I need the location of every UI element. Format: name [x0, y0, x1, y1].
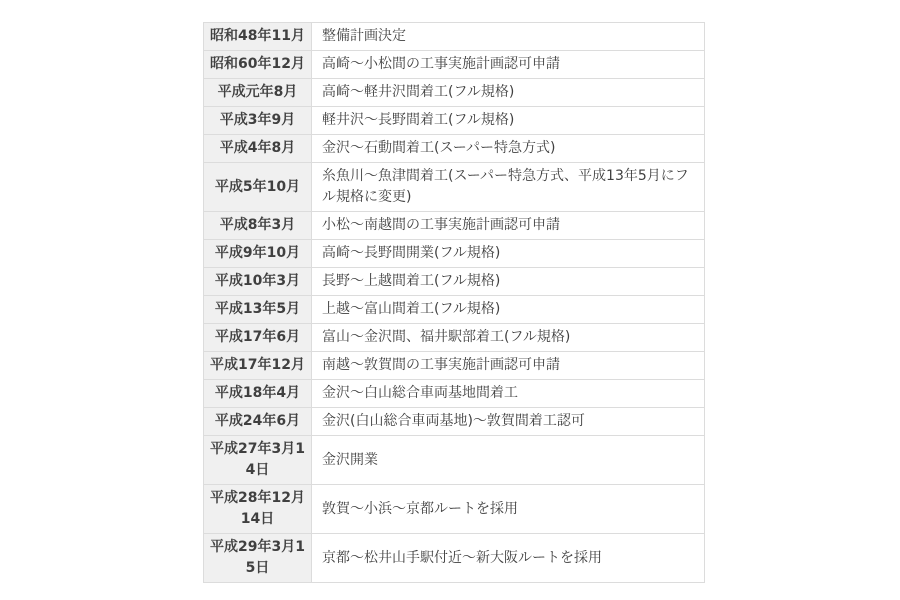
event-cell: 富山〜金沢間、福井駅部着工(フル規格) — [312, 324, 705, 352]
date-cell: 平成27年3月14日 — [204, 436, 312, 485]
date-cell: 平成18年4月 — [204, 380, 312, 408]
event-cell: 敦賀〜小浜〜京都ルートを採用 — [312, 485, 705, 534]
table-row: 平成17年6月 富山〜金沢間、福井駅部着工(フル規格) — [204, 324, 705, 352]
table-row: 平成29年3月15日 京都〜松井山手駅付近〜新大阪ルートを採用 — [204, 534, 705, 583]
table-row: 平成4年8月 金沢〜石動間着工(スーパー特急方式) — [204, 135, 705, 163]
event-cell: 高崎〜軽井沢間着工(フル規格) — [312, 79, 705, 107]
table-row: 平成3年9月 軽井沢〜長野間着工(フル規格) — [204, 107, 705, 135]
event-cell: 軽井沢〜長野間着工(フル規格) — [312, 107, 705, 135]
table-row: 平成28年12月14日 敦賀〜小浜〜京都ルートを採用 — [204, 485, 705, 534]
table-row: 昭和48年11月 整備計画決定 — [204, 23, 705, 51]
table-row: 平成5年10月 糸魚川〜魚津間着工(スーパー特急方式、平成13年5月にフル規格に… — [204, 163, 705, 212]
event-cell: 金沢〜白山総合車両基地間着工 — [312, 380, 705, 408]
event-cell: 京都〜松井山手駅付近〜新大阪ルートを採用 — [312, 534, 705, 583]
event-cell: 糸魚川〜魚津間着工(スーパー特急方式、平成13年5月にフル規格に変更) — [312, 163, 705, 212]
table-row: 平成27年3月14日 金沢開業 — [204, 436, 705, 485]
date-cell: 昭和48年11月 — [204, 23, 312, 51]
event-cell: 高崎〜長野間開業(フル規格) — [312, 240, 705, 268]
event-cell: 南越〜敦賀間の工事実施計画認可申請 — [312, 352, 705, 380]
date-cell: 平成28年12月14日 — [204, 485, 312, 534]
table-row: 平成9年10月 高崎〜長野間開業(フル規格) — [204, 240, 705, 268]
timeline-table-container: 昭和48年11月 整備計画決定 昭和60年12月 高崎〜小松間の工事実施計画認可… — [203, 22, 705, 583]
date-cell: 平成29年3月15日 — [204, 534, 312, 583]
event-cell: 金沢〜石動間着工(スーパー特急方式) — [312, 135, 705, 163]
date-cell: 平成10年3月 — [204, 268, 312, 296]
date-cell: 平成3年9月 — [204, 107, 312, 135]
table-row: 平成17年12月 南越〜敦賀間の工事実施計画認可申請 — [204, 352, 705, 380]
event-cell: 長野〜上越間着工(フル規格) — [312, 268, 705, 296]
date-cell: 平成17年12月 — [204, 352, 312, 380]
event-cell: 小松〜南越間の工事実施計画認可申請 — [312, 212, 705, 240]
date-cell: 平成17年6月 — [204, 324, 312, 352]
table-row: 平成10年3月 長野〜上越間着工(フル規格) — [204, 268, 705, 296]
table-row: 平成18年4月 金沢〜白山総合車両基地間着工 — [204, 380, 705, 408]
event-cell: 高崎〜小松間の工事実施計画認可申請 — [312, 51, 705, 79]
date-cell: 平成5年10月 — [204, 163, 312, 212]
event-cell: 整備計画決定 — [312, 23, 705, 51]
date-cell: 平成元年8月 — [204, 79, 312, 107]
date-cell: 平成9年10月 — [204, 240, 312, 268]
event-cell: 上越〜富山間着工(フル規格) — [312, 296, 705, 324]
date-cell: 平成13年5月 — [204, 296, 312, 324]
event-cell: 金沢開業 — [312, 436, 705, 485]
table-row: 平成8年3月 小松〜南越間の工事実施計画認可申請 — [204, 212, 705, 240]
timeline-table: 昭和48年11月 整備計画決定 昭和60年12月 高崎〜小松間の工事実施計画認可… — [203, 22, 705, 583]
table-row: 平成元年8月 高崎〜軽井沢間着工(フル規格) — [204, 79, 705, 107]
date-cell: 平成24年6月 — [204, 408, 312, 436]
table-row: 平成13年5月 上越〜富山間着工(フル規格) — [204, 296, 705, 324]
timeline-table-body: 昭和48年11月 整備計画決定 昭和60年12月 高崎〜小松間の工事実施計画認可… — [204, 23, 705, 583]
date-cell: 昭和60年12月 — [204, 51, 312, 79]
table-row: 昭和60年12月 高崎〜小松間の工事実施計画認可申請 — [204, 51, 705, 79]
event-cell: 金沢(白山総合車両基地)〜敦賀間着工認可 — [312, 408, 705, 436]
date-cell: 平成4年8月 — [204, 135, 312, 163]
table-row: 平成24年6月 金沢(白山総合車両基地)〜敦賀間着工認可 — [204, 408, 705, 436]
date-cell: 平成8年3月 — [204, 212, 312, 240]
page: 昭和48年11月 整備計画決定 昭和60年12月 高崎〜小松間の工事実施計画認可… — [0, 0, 900, 600]
